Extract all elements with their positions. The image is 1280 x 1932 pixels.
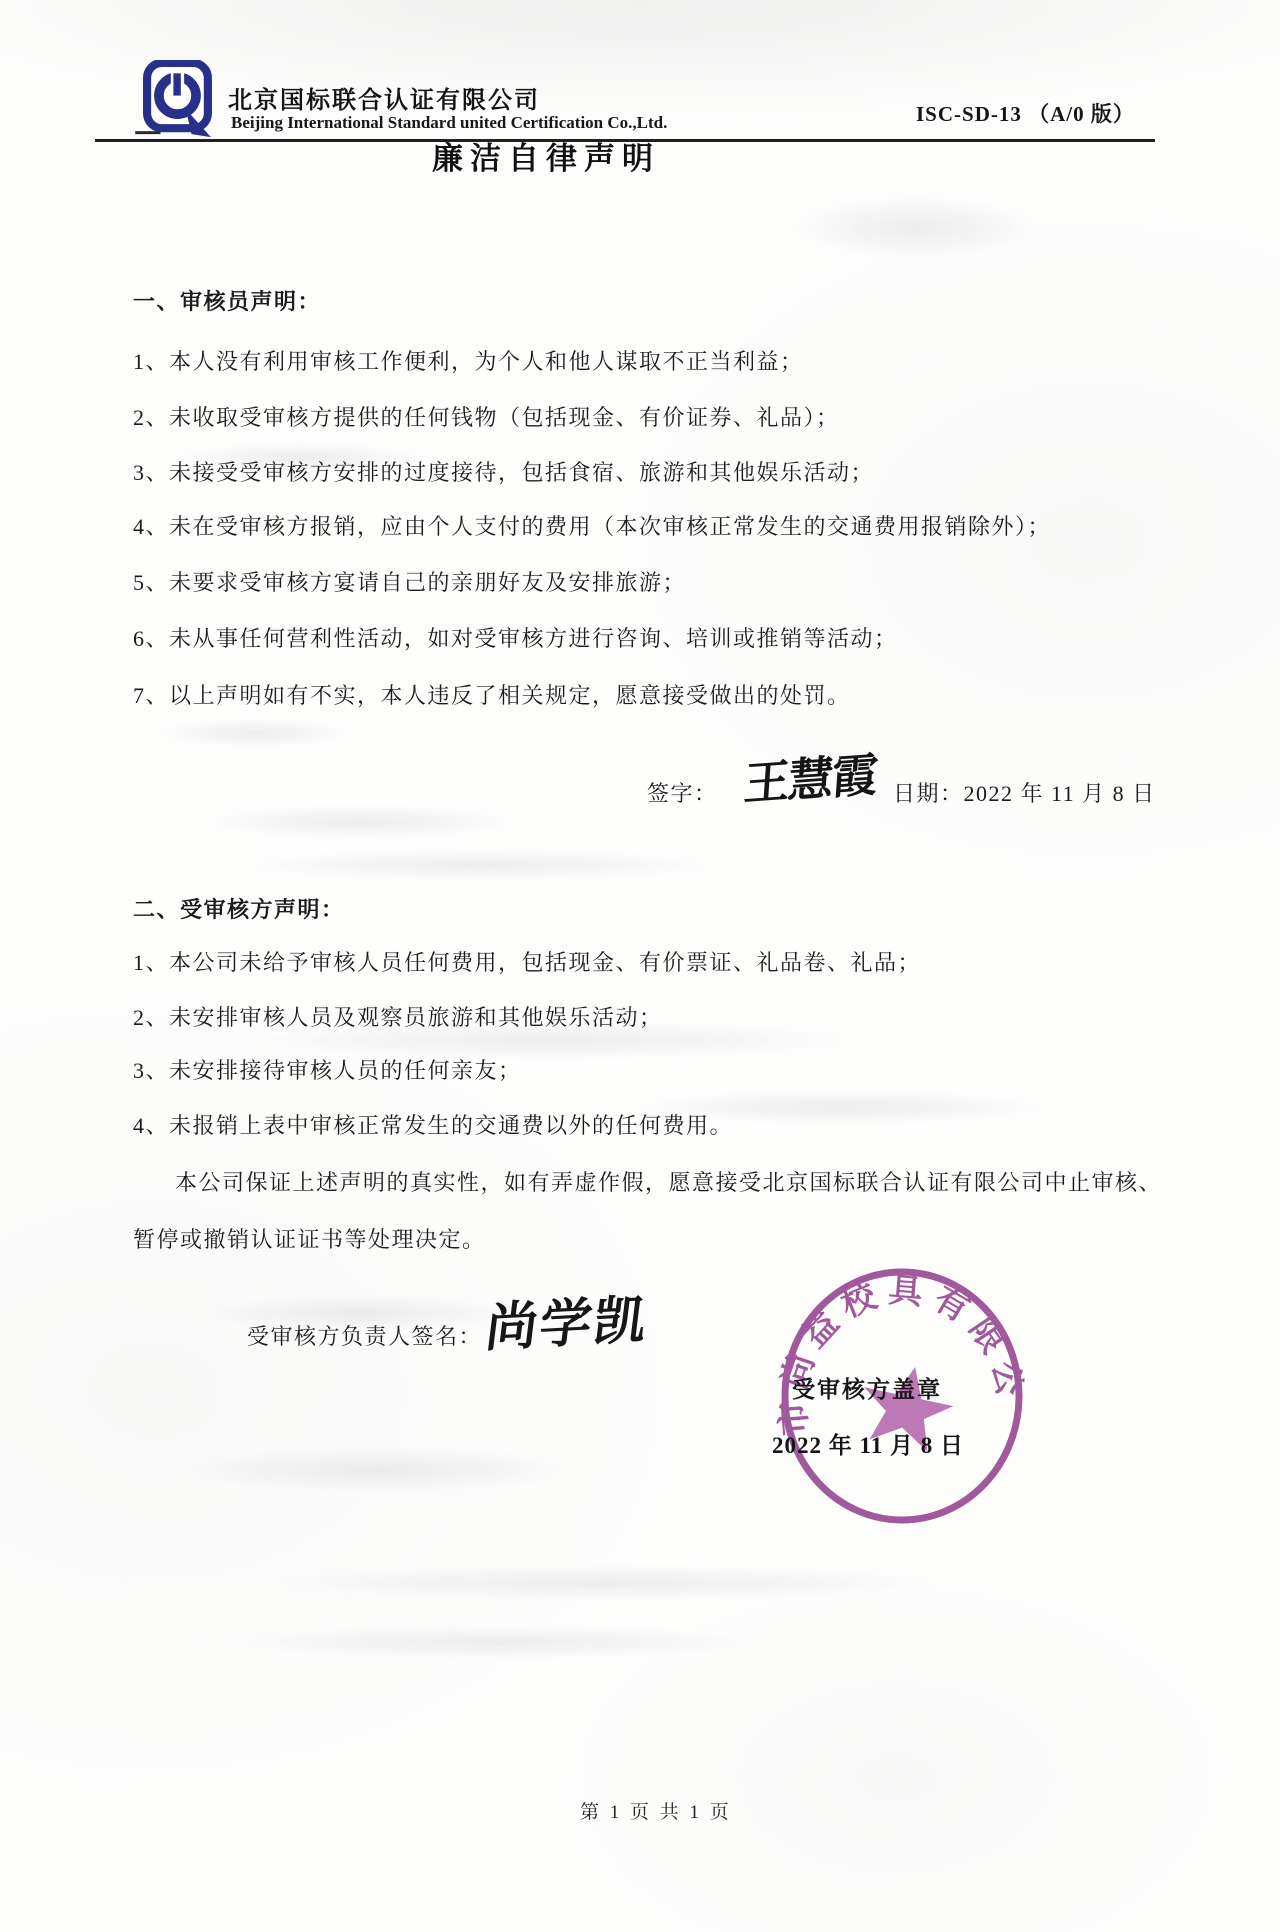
bleed-through-artifact <box>160 845 800 885</box>
auditor-item-2: 2、未收取受审核方提供的任何钱物（包括现金、有价证券、礼品）； <box>133 401 840 432</box>
bleed-through-artifact <box>750 185 1080 270</box>
auditor-item-1: 1、本人没有利用审核工作便利，为个人和他人谋取不正当利益； <box>133 345 804 376</box>
bleed-through-artifact <box>125 715 385 751</box>
section1-heading: 一、审核员声明： <box>133 285 321 316</box>
document-code: ISC-SD-13 （A/0 版） <box>916 98 1135 128</box>
auditee-item-4: 4、未报销上表中审核正常发生的交通费以外的任何费用。 <box>133 1109 733 1140</box>
scanned-document-page: 北京国标联合认证有限公司 Beijing International Stand… <box>0 0 1280 1932</box>
seal-overlay-label: 受审核方盖章 <box>792 1371 942 1404</box>
pledge-line-1: 本公司保证上述声明的真实性，如有弄虚作假，愿意接受北京国标联合认证有限公司中止审… <box>175 1166 1162 1197</box>
bleed-through-artifact <box>120 1440 640 1500</box>
section2-heading: 二、受审核方声明： <box>133 893 345 924</box>
auditee-item-2: 2、未安排审核人员及观察员旅游和其他娱乐活动； <box>133 1001 663 1032</box>
page-number: 第 1 页 共 1 页 <box>580 1797 732 1824</box>
bleed-through-artifact <box>160 1560 1060 1606</box>
document-title: 廉洁自律声明 <box>432 133 660 178</box>
auditor-item-7: 7、以上声明如有不实，本人违反了相关规定，愿意接受做出的处罚。 <box>133 679 851 710</box>
signature-label: 签字： <box>647 777 718 808</box>
rep-signature-label: 受审核方负责人签名： <box>247 1320 482 1351</box>
pledge-line-2: 暂停或撤销认证证书等处理决定。 <box>133 1223 486 1254</box>
auditor-signature-handwriting: 王慧霞 <box>742 738 878 814</box>
auditee-item-3: 3、未安排接待审核人员的任何亲友； <box>133 1054 522 1085</box>
company-logo-icon <box>133 60 219 146</box>
signature-date: 日期：2022 年 11 月 8 日 <box>893 777 1156 808</box>
bleed-through-artifact <box>150 1620 850 1664</box>
company-name-cn: 北京国标联合认证有限公司 <box>228 80 540 115</box>
rep-signature-handwriting: 尚学凯 <box>482 1277 653 1361</box>
seal-overlay-date: 2022 年 11 月 8 日 <box>772 1427 964 1460</box>
auditor-item-3: 3、未接受受审核方安排的过度接待，包括食宿、旅游和其他娱乐活动； <box>133 456 874 487</box>
company-name-en: Beijing International Standard united Ce… <box>231 113 667 133</box>
auditor-item-4: 4、未在受审核方报销，应由个人支付的费用（本次审核正常发生的交通费用报销除外）； <box>133 510 1051 541</box>
auditee-item-1: 1、本公司未给予审核人员任何费用，包括现金、有价票证、礼品卷、礼品； <box>133 946 921 977</box>
bleed-through-artifact <box>150 800 570 844</box>
auditor-item-6: 6、未从事任何营利性活动，如对受审核方进行咨询、培训或推销等活动； <box>133 622 898 653</box>
auditor-item-5: 5、未要求受审核方宴请自己的亲朋好友及安排旅游； <box>133 566 686 597</box>
